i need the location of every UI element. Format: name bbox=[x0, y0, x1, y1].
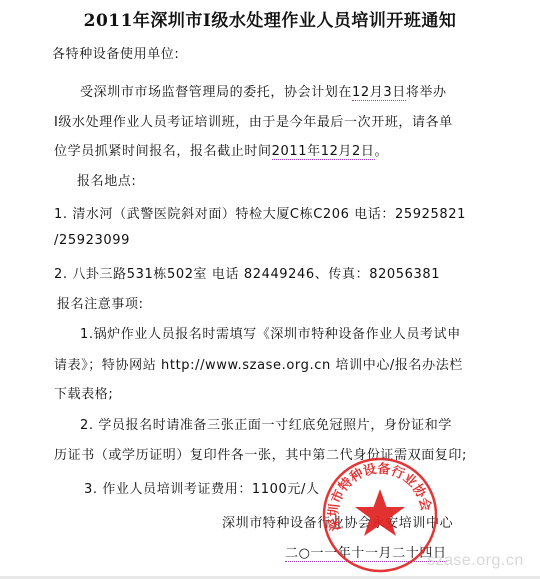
location-1-line-2: /25923099 bbox=[54, 233, 130, 248]
watermark: szase.org.cn bbox=[427, 552, 524, 570]
document-title: 2011年深圳市Ⅰ级水处理作业人员培训开班通知 bbox=[0, 6, 540, 31]
note-3: 3. 作业人员培训考证费用：1100元/人 bbox=[84, 478, 320, 497]
signature-organization: 深圳市特种设备行业协会永安培训中心 bbox=[222, 512, 453, 531]
signature-date: 二○一一年十一月二十四日 bbox=[285, 542, 447, 561]
intro-line-3: 位学员抓紧时间报名，报名截止时间2011年12月2日。 bbox=[54, 140, 388, 159]
location-1-line-1: 1. 清水河（武警医院斜对面）特检大厦C栋C206 电话：25925821 bbox=[54, 203, 466, 222]
location-2: 2. 八卦三路531栋502室 电话 82449246、传真：82056381 bbox=[54, 263, 440, 282]
note-1-line-1: 1.锅炉作业人员报名时需填写《深圳市特种设备作业人员考试申 bbox=[80, 323, 461, 342]
note-1-line-3: 下载表格; bbox=[54, 383, 113, 402]
note-2-line-2: 历证书（或学历证明）复印件各一张，其中第二代身份证需双面复印; bbox=[54, 444, 467, 463]
locations-heading: 报名地点: bbox=[77, 170, 136, 189]
notes-heading: 报名注意事项: bbox=[57, 293, 144, 312]
note-1-line-2: 请表》；特协网站 http://www.szase.org.cn 培训中心/报名… bbox=[54, 354, 463, 373]
salutation: 各特种设备使用单位: bbox=[52, 43, 179, 62]
intro-line-1: 受深圳市市场监督管理局的委托，协会计划在12月3日将举办 bbox=[80, 81, 447, 100]
deadline-date: 2011年12月2日 bbox=[272, 144, 375, 160]
intro-line-2: Ⅰ级水处理作业人员考证培训班，由于是今年最后一次开班，请各单 bbox=[54, 111, 453, 130]
note-2-line-1: 2. 学员报名时请准备三张正面一寸红底免冠照片，身份证和学 bbox=[80, 414, 452, 433]
start-date: 12月3日 bbox=[352, 85, 406, 101]
document-page: 2011年深圳市Ⅰ级水处理作业人员培训开班通知 各特种设备使用单位: 受深圳市市… bbox=[0, 0, 540, 579]
